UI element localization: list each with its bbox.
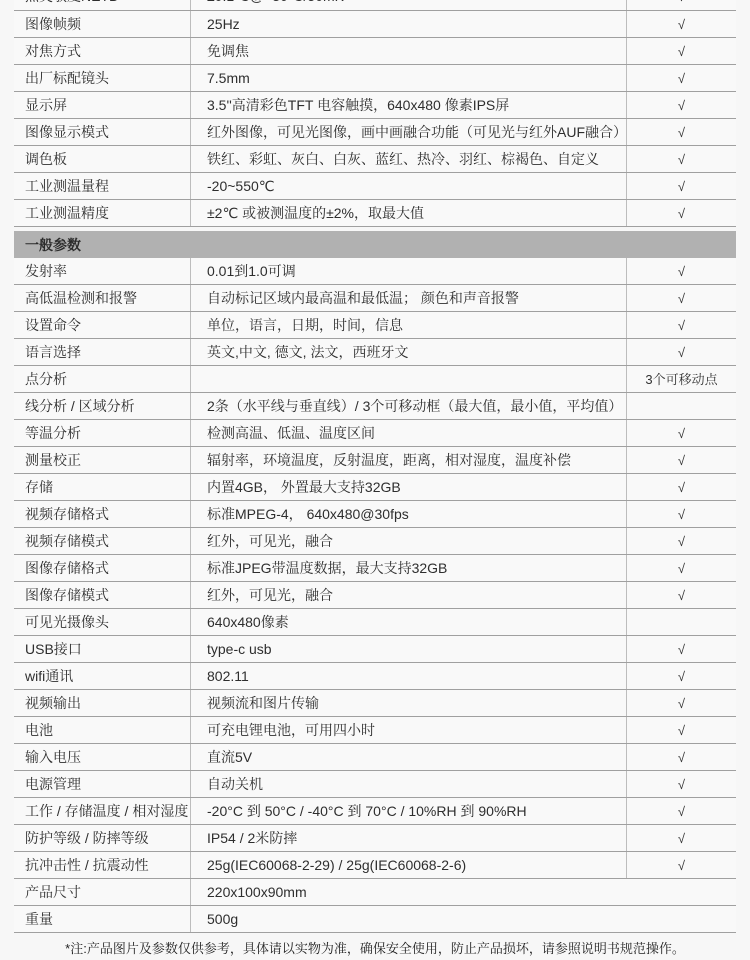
table-row: 图像存储模式红外，可见光，融合√	[14, 582, 736, 609]
row-label-text: 调色板	[25, 152, 67, 166]
table-row: 显示屏3.5''高清彩色TFT 电容触摸，640x480 像素IPS屏√	[14, 92, 736, 119]
row-value: 铁红、彩虹、灰白、白灰、蓝红、热冷、羽红、棕褐色、自定义	[190, 146, 626, 172]
row-label-text: 图像存储模式	[25, 588, 109, 602]
row-checkmark-text: √	[678, 346, 685, 359]
row-checkmark-text: √	[678, 859, 685, 872]
row-right-text: 3个可移动点	[626, 366, 736, 392]
row-label: 出厂标配镜头	[14, 65, 190, 91]
row-value-text: -20°C 到 50°C / -40°C 到 70°C / 10%RH 到 90…	[207, 804, 527, 818]
row-label-text: 产品尺寸	[25, 885, 81, 899]
row-value: 7.5mm	[190, 65, 626, 91]
row-value: 免调焦	[190, 38, 626, 64]
row-label-text: 视频存储模式	[25, 534, 109, 548]
row-value: 3.5''高清彩色TFT 电容触摸，640x480 像素IPS屏	[190, 92, 626, 118]
row-checkmark-text: √	[678, 18, 685, 31]
row-value-text: 25Hz	[207, 17, 240, 31]
row-value-text: 7.5mm	[207, 71, 250, 85]
row-label: USB接口	[14, 636, 190, 662]
row-label-text: 线分析 / 区域分析	[25, 399, 135, 413]
row-checkmark: √	[626, 119, 736, 145]
table-row: 图像帧频25Hz√	[14, 11, 736, 38]
row-checkmark-text: √	[678, 535, 685, 548]
row-label: 重量	[14, 906, 190, 932]
row-value-text: 25g(IEC60068-2-29) / 25g(IEC60068-2-6)	[207, 858, 466, 872]
table-row: wifi通讯802.11√	[14, 663, 736, 690]
row-label: 点分析	[14, 366, 190, 392]
row-value: 640x480像素	[190, 609, 626, 635]
row-value-text: IP54 / 2米防摔	[207, 831, 297, 845]
row-right-text	[626, 906, 736, 932]
row-label: 发射率	[14, 258, 190, 284]
row-label-text: 视频存储格式	[25, 507, 109, 521]
row-value: 红外，可见光，融合	[190, 582, 626, 608]
table-row: 产品尺寸220x100x90mm	[14, 879, 736, 906]
row-checkmark: √	[626, 663, 736, 689]
table-row: 视频输出视频流和图片传输√	[14, 690, 736, 717]
row-checkmark-text: √	[678, 670, 685, 683]
row-label-text: 重量	[25, 912, 53, 926]
row-value-text: 辐射率，环境温度，反射温度，距离，相对湿度，温度补偿	[207, 453, 571, 467]
row-label: 热灵敏度NETD	[14, 0, 190, 10]
table-row: 高低温检测和报警自动标记区域内最高温和最低温； 颜色和声音报警√	[14, 285, 736, 312]
table-row: 视频存储模式红外，可见光，融合√	[14, 528, 736, 555]
row-value: 直流5V	[190, 744, 626, 770]
row-checkmark-text: √	[678, 180, 685, 193]
table-row: 语言选择英文,中文, 德文, 法文，西班牙文√	[14, 339, 736, 366]
row-value-text: 可充电锂电池，可用四小时	[207, 723, 375, 737]
row-label: 线分析 / 区域分析	[14, 393, 190, 419]
row-value-text: ±2℃ 或被测温度的±2%，取最大值	[207, 206, 424, 220]
row-label-text: 发射率	[25, 264, 67, 278]
row-checkmark: √	[626, 636, 736, 662]
row-right-text	[626, 393, 736, 419]
row-value: 内置4GB， 外置最大支持32GB	[190, 474, 626, 500]
row-value: 自动标记区域内最高温和最低温； 颜色和声音报警	[190, 285, 626, 311]
row-value: -20~550℃	[190, 173, 626, 199]
row-label-text: 视频输出	[25, 696, 81, 710]
row-label-text: 高低温检测和报警	[25, 291, 137, 305]
row-checkmark: √	[626, 825, 736, 851]
row-label: 设置命令	[14, 312, 190, 338]
row-label: 语言选择	[14, 339, 190, 365]
row-label-text: 点分析	[25, 372, 67, 386]
row-label: 抗冲击性 / 抗震动性	[14, 852, 190, 878]
table-row: 调色板铁红、彩虹、灰白、白灰、蓝红、热冷、羽红、棕褐色、自定义√	[14, 146, 736, 173]
table-row: 图像存储格式标准JPEG带温度数据，最大支持32GB√	[14, 555, 736, 582]
row-value: 辐射率，环境温度，反射温度，距离，相对湿度，温度补偿	[190, 447, 626, 473]
row-value-text: 单位，语言，日期，时间，信息	[207, 318, 403, 332]
row-label: 电源管理	[14, 771, 190, 797]
row-label-text: 工作 / 存储温度 / 相对湿度	[25, 804, 188, 818]
row-value-text: 英文,中文, 德文, 法文，西班牙文	[207, 345, 408, 359]
row-label: 对焦方式	[14, 38, 190, 64]
row-checkmark-text: √	[678, 697, 685, 710]
row-value: type-c usb	[190, 636, 626, 662]
row-checkmark: √	[626, 744, 736, 770]
row-checkmark: √	[626, 0, 736, 10]
row-label: 可见光摄像头	[14, 609, 190, 635]
table-row: USB接口type-c usb√	[14, 636, 736, 663]
row-value: -20°C 到 50°C / -40°C 到 70°C / 10%RH 到 90…	[190, 798, 626, 824]
table-row: 发射率0.01到1.0可调√	[14, 258, 736, 285]
row-label: 视频存储模式	[14, 528, 190, 554]
row-value: 2条（水平线与垂直线）/ 3个可移动框（最大值，最小值，平均值）	[190, 393, 626, 419]
row-label-text: 抗冲击性 / 抗震动性	[25, 858, 149, 872]
table-row: 点分析3个可移动点	[14, 366, 736, 393]
row-value-text: 自动标记区域内最高温和最低温； 颜色和声音报警	[207, 291, 519, 305]
row-value: ≤0.1°C@+30°C/50mK	[190, 0, 626, 10]
row-value: 单位，语言，日期，时间，信息	[190, 312, 626, 338]
row-label-text: 电源管理	[25, 777, 81, 791]
table-row: 电池可充电锂电池，可用四小时√	[14, 717, 736, 744]
row-checkmark: √	[626, 474, 736, 500]
row-label-text: 显示屏	[25, 98, 67, 112]
table-row: 工作 / 存储温度 / 相对湿度-20°C 到 50°C / -40°C 到 7…	[14, 798, 736, 825]
row-value-text: 自动关机	[207, 777, 263, 791]
row-label-text: 图像帧频	[25, 17, 81, 31]
table-row: 对焦方式免调焦√	[14, 38, 736, 65]
row-label: 等温分析	[14, 420, 190, 446]
row-value-text: 内置4GB， 外置最大支持32GB	[207, 480, 401, 494]
row-value-text: 3.5''高清彩色TFT 电容触摸，640x480 像素IPS屏	[207, 98, 509, 112]
row-checkmark-text: √	[678, 832, 685, 845]
row-value-text: 检测高温、低温、温度区间	[207, 426, 375, 440]
row-label: 图像存储模式	[14, 582, 190, 608]
row-checkmark-text: √	[678, 778, 685, 791]
row-checkmark: √	[626, 11, 736, 37]
row-checkmark: √	[626, 798, 736, 824]
table-row: 可见光摄像头640x480像素	[14, 609, 736, 636]
row-checkmark-text: √	[678, 508, 685, 521]
row-label-text: 输入电压	[25, 750, 81, 764]
row-value-text: 500g	[207, 912, 238, 926]
row-checkmark-text: √	[678, 589, 685, 602]
row-label-text: 设置命令	[25, 318, 81, 332]
row-label-text: wifi通讯	[25, 669, 73, 683]
row-label-text: 热灵敏度NETD	[25, 0, 119, 3]
row-value-text: 220x100x90mm	[207, 885, 307, 899]
row-label-text: 工业测温量程	[25, 179, 109, 193]
row-label: 工作 / 存储温度 / 相对湿度	[14, 798, 190, 824]
row-checkmark-text: √	[678, 805, 685, 818]
row-value-text: 标准JPEG带温度数据，最大支持32GB	[207, 561, 447, 575]
row-checkmark: √	[626, 65, 736, 91]
row-value: 红外图像，可见光图像，画中画融合功能（可见光与红外AUF融合）	[190, 119, 626, 145]
row-value: 25Hz	[190, 11, 626, 37]
row-label: 图像显示模式	[14, 119, 190, 145]
row-value-text: 0.01到1.0可调	[207, 264, 296, 278]
row-checkmark: √	[626, 771, 736, 797]
row-value-text: -20~550℃	[207, 179, 275, 193]
row-checkmark: √	[626, 200, 736, 226]
row-checkmark: √	[626, 92, 736, 118]
row-label: wifi通讯	[14, 663, 190, 689]
row-label: 视频存储格式	[14, 501, 190, 527]
row-checkmark-text: √	[678, 751, 685, 764]
row-checkmark-text: √	[678, 0, 685, 3]
row-checkmark-text: √	[678, 292, 685, 305]
row-checkmark-text: √	[678, 643, 685, 656]
row-checkmark: √	[626, 717, 736, 743]
spec-table: 热灵敏度NETD≤0.1°C@+30°C/50mK√图像帧频25Hz√对焦方式免…	[14, 0, 736, 933]
row-label: 工业测温量程	[14, 173, 190, 199]
table-row: 存储内置4GB， 外置最大支持32GB√	[14, 474, 736, 501]
table-row: 线分析 / 区域分析2条（水平线与垂直线）/ 3个可移动框（最大值，最小值，平均…	[14, 393, 736, 420]
row-label: 调色板	[14, 146, 190, 172]
table-row: 出厂标配镜头7.5mm√	[14, 65, 736, 92]
row-checkmark: √	[626, 690, 736, 716]
row-checkmark: √	[626, 146, 736, 172]
row-label-text: 工业测温精度	[25, 206, 109, 220]
table-row: 工业测温精度±2℃ 或被测温度的±2%，取最大值√	[14, 200, 736, 227]
row-right-text-text: 3个可移动点	[645, 373, 717, 386]
row-value-text: type-c usb	[207, 642, 272, 656]
row-label: 工业测温精度	[14, 200, 190, 226]
row-label-text: 语言选择	[25, 345, 81, 359]
row-checkmark-text: √	[678, 99, 685, 112]
row-label: 高低温检测和报警	[14, 285, 190, 311]
row-value: IP54 / 2米防摔	[190, 825, 626, 851]
row-checkmark-text: √	[678, 207, 685, 220]
row-right-text	[626, 609, 736, 635]
row-value-text: 红外，可见光，融合	[207, 534, 333, 548]
table-row: 测量校正辐射率，环境温度，反射温度，距离，相对湿度，温度补偿√	[14, 447, 736, 474]
row-value-text: 802.11	[207, 669, 249, 683]
row-checkmark: √	[626, 258, 736, 284]
row-label-text: 等温分析	[25, 426, 81, 440]
row-label: 视频输出	[14, 690, 190, 716]
table-row: 工业测温量程-20~550℃√	[14, 173, 736, 200]
table-row: 电源管理自动关机√	[14, 771, 736, 798]
section-header-label: 一般参数	[25, 235, 81, 255]
row-checkmark-text: √	[678, 724, 685, 737]
row-checkmark-text: √	[678, 454, 685, 467]
row-label: 显示屏	[14, 92, 190, 118]
row-value-text: 视频流和图片传输	[207, 696, 319, 710]
row-value: 视频流和图片传输	[190, 690, 626, 716]
row-right-text	[626, 879, 736, 905]
spec-rows-general: 发射率0.01到1.0可调√高低温检测和报警自动标记区域内最高温和最低温； 颜色…	[14, 258, 736, 933]
row-checkmark-text: √	[678, 126, 685, 139]
row-checkmark: √	[626, 555, 736, 581]
row-value: 25g(IEC60068-2-29) / 25g(IEC60068-2-6)	[190, 852, 626, 878]
table-row: 等温分析检测高温、低温、温度区间√	[14, 420, 736, 447]
row-value: ±2℃ 或被测温度的±2%，取最大值	[190, 200, 626, 226]
row-value-text: 红外图像，可见光图像，画中画融合功能（可见光与红外AUF融合）	[207, 125, 626, 139]
row-value: 红外，可见光，融合	[190, 528, 626, 554]
row-checkmark: √	[626, 285, 736, 311]
row-value-text: 640x480像素	[207, 615, 289, 629]
row-checkmark: √	[626, 501, 736, 527]
row-checkmark: √	[626, 447, 736, 473]
spec-rows-top: 热灵敏度NETD≤0.1°C@+30°C/50mK√图像帧频25Hz√对焦方式免…	[14, 0, 736, 227]
row-label-text: 存储	[25, 480, 53, 494]
row-checkmark: √	[626, 852, 736, 878]
row-checkmark-text: √	[678, 562, 685, 575]
row-checkmark: √	[626, 339, 736, 365]
row-value-text: ≤0.1°C@+30°C/50mK	[207, 0, 344, 3]
table-row: 抗冲击性 / 抗震动性25g(IEC60068-2-29) / 25g(IEC6…	[14, 852, 736, 879]
row-label-text: USB接口	[25, 642, 82, 656]
table-row: 图像显示模式红外图像，可见光图像，画中画融合功能（可见光与红外AUF融合）√	[14, 119, 736, 146]
row-value: 检测高温、低温、温度区间	[190, 420, 626, 446]
row-label-text: 图像显示模式	[25, 125, 109, 139]
row-checkmark: √	[626, 38, 736, 64]
row-value-text: 直流5V	[207, 750, 252, 764]
row-label-text: 对焦方式	[25, 44, 81, 58]
row-value-text: 免调焦	[207, 44, 249, 58]
row-label-text: 防护等级 / 防摔等级	[25, 831, 149, 845]
row-value	[190, 366, 626, 392]
table-row: 设置命令单位，语言，日期，时间，信息√	[14, 312, 736, 339]
footnote: *注:产品图片及参数仅供参考，具体请以实物为准，确保安全使用，防止产品损坏，请参…	[0, 938, 750, 957]
row-label: 存储	[14, 474, 190, 500]
row-checkmark: √	[626, 528, 736, 554]
row-label: 测量校正	[14, 447, 190, 473]
row-checkmark-text: √	[678, 45, 685, 58]
table-row: 视频存储格式标准MPEG-4， 640x480@30fps√	[14, 501, 736, 528]
row-label: 电池	[14, 717, 190, 743]
row-checkmark: √	[626, 582, 736, 608]
row-checkmark-text: √	[678, 427, 685, 440]
row-value-text: 红外，可见光，融合	[207, 588, 333, 602]
row-value-text: 2条（水平线与垂直线）/ 3个可移动框（最大值，最小值，平均值）	[207, 399, 622, 413]
row-checkmark-text: √	[678, 481, 685, 494]
table-row: 输入电压直流5V√	[14, 744, 736, 771]
row-value-text: 标准MPEG-4， 640x480@30fps	[207, 507, 409, 521]
row-label-text: 图像存储格式	[25, 561, 109, 575]
row-value: 0.01到1.0可调	[190, 258, 626, 284]
table-row: 防护等级 / 防摔等级IP54 / 2米防摔√	[14, 825, 736, 852]
row-value: 500g	[190, 906, 626, 932]
row-value: 可充电锂电池，可用四小时	[190, 717, 626, 743]
row-checkmark: √	[626, 312, 736, 338]
row-checkmark-text: √	[678, 265, 685, 278]
table-row: 热灵敏度NETD≤0.1°C@+30°C/50mK√	[14, 0, 736, 11]
row-label: 图像帧频	[14, 11, 190, 37]
row-value: 802.11	[190, 663, 626, 689]
row-label: 产品尺寸	[14, 879, 190, 905]
row-checkmark: √	[626, 420, 736, 446]
row-value: 自动关机	[190, 771, 626, 797]
row-label: 防护等级 / 防摔等级	[14, 825, 190, 851]
row-checkmark-text: √	[678, 319, 685, 332]
section-header-general-params: 一般参数	[14, 231, 736, 258]
row-label: 图像存储格式	[14, 555, 190, 581]
row-checkmark-text: √	[678, 72, 685, 85]
row-checkmark: √	[626, 173, 736, 199]
row-value: 标准JPEG带温度数据，最大支持32GB	[190, 555, 626, 581]
row-label-text: 测量校正	[25, 453, 81, 467]
row-value-text: 铁红、彩虹、灰白、白灰、蓝红、热冷、羽红、棕褐色、自定义	[207, 152, 599, 166]
row-label: 输入电压	[14, 744, 190, 770]
row-label-text: 出厂标配镜头	[25, 71, 109, 85]
table-row: 重量500g	[14, 906, 736, 933]
row-label-text: 可见光摄像头	[25, 615, 109, 629]
row-value: 英文,中文, 德文, 法文，西班牙文	[190, 339, 626, 365]
row-value: 220x100x90mm	[190, 879, 626, 905]
row-value: 标准MPEG-4， 640x480@30fps	[190, 501, 626, 527]
row-checkmark-text: √	[678, 153, 685, 166]
row-label-text: 电池	[25, 723, 53, 737]
